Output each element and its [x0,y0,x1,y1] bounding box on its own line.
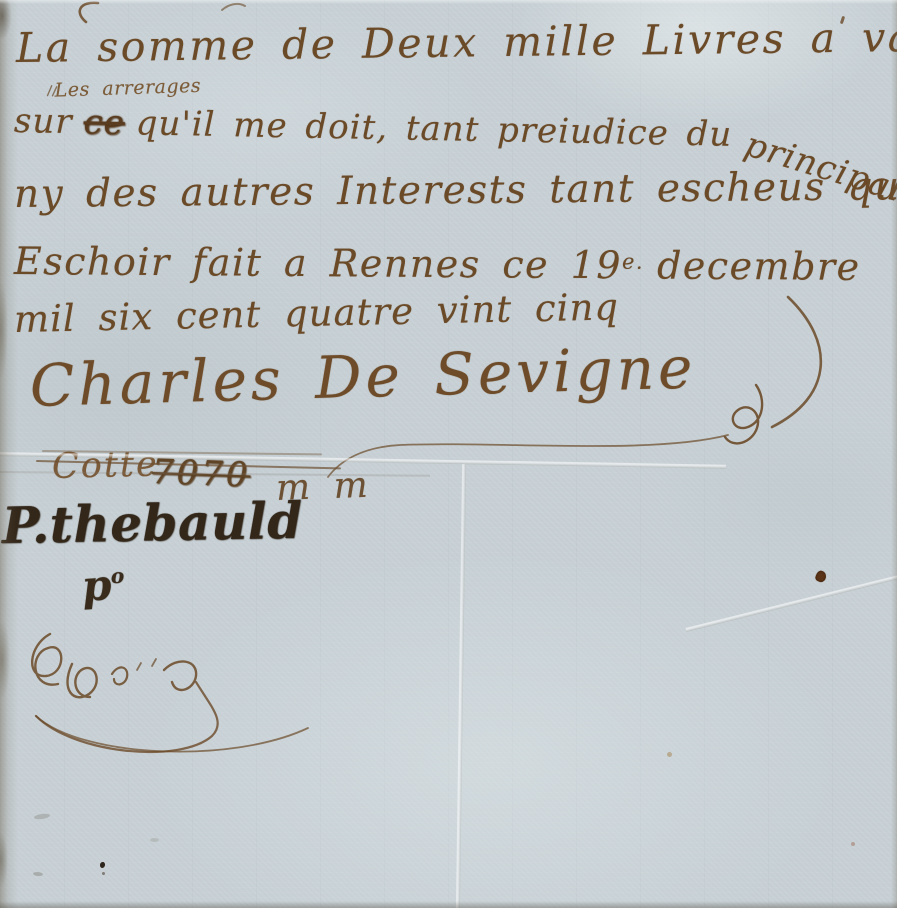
paper-top-edge [0,0,897,4]
paper-speck [667,752,672,757]
top-cutoff-stroke [72,0,252,24]
line4-ordinal-superscript: e. [622,250,644,274]
line4-text: Eschoir fait a Rennes ce 19 [14,239,622,287]
line2-word-sur: sur [14,101,73,142]
notary-initial-superscript: o [110,563,125,588]
signature-charles-de-sevigne: Charles De Sevigne [29,333,697,420]
notary-signature-thebauld: P.thebauld [1,491,303,555]
notary-initial-mark: po [80,559,126,611]
annotation-cotte-struck-figures: 7070 [151,452,251,495]
paper-bottom-edge [0,901,897,908]
paper-smudge [150,838,159,842]
notary-paraph-flourish [12,612,332,762]
ink-dot-small [102,872,105,875]
manuscript-line-2: Les arrerages surcequ'il me doit, tant p… [14,101,897,158]
manuscript-line-5: mil six cent quatre vint cinq [14,285,620,341]
ink-dot [100,862,105,868]
diagonal-fold-crease [686,575,897,632]
manuscript-line-4: Eschoir fait a Rennes ce 19e.decembre [14,239,861,289]
interline-insertion-text: Les arrerages [54,75,201,102]
ink-spot [814,569,828,583]
margin-smudge-2 [33,872,43,877]
manuscript-line-3: ny des autres Interests tant escheus qu'… [14,164,897,217]
line2-struck-word: ce [83,102,125,143]
paper-speck-2 [851,842,855,846]
margin-smudge [34,813,51,820]
line4-month: decembre [657,243,861,288]
manuscript-page: La somme de Deux mille Livres a valoir L… [0,0,897,908]
vertical-fold-crease [456,464,466,908]
notary-initial-letter: p [80,560,113,611]
line2-rest: qu'il me doit, tant preiudice du [135,103,732,154]
manuscript-line-1: La somme de Deux mille Livres a valoir [16,12,897,72]
